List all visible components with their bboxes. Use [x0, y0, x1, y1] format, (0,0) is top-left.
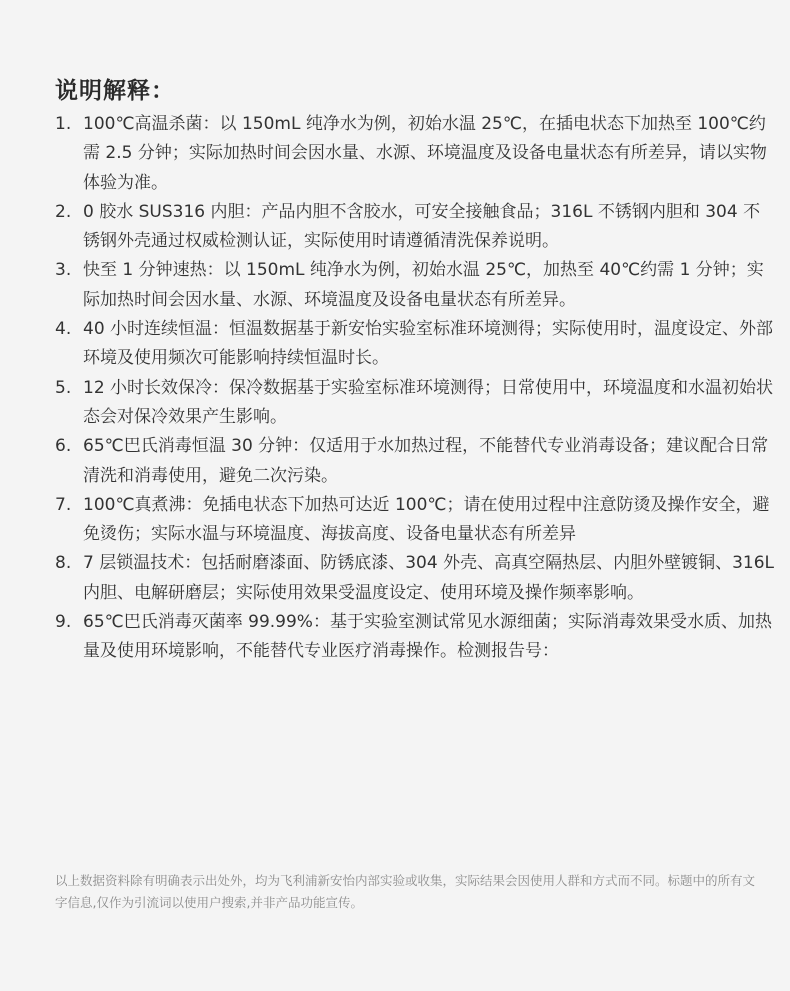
item-text: 40 小时连续恒温：恒温数据基于新安怡实验室标准环境测得；实际使用时，温度设定、…: [83, 319, 773, 368]
list-item: 8.7 层锁温技术：包括耐磨漆面、防锈底漆、304 外壳、高真空隔热层、内胆外壁…: [55, 549, 775, 608]
item-text: 65℃巴氏消毒灭菌率 99.99%：基于实验室测试常见水源细菌；实际消毒效果受水…: [83, 612, 772, 661]
footnote: 以上数据资料除有明确表示出处外，均为飞利浦新安怡内部实验或收集，实际结果会因使用…: [55, 870, 755, 914]
item-text: 100℃真煮沸：免插电状态下加热可达近 100℃；请在使用过程中注意防烫及操作安…: [83, 495, 769, 544]
item-number: 8.: [55, 549, 71, 578]
item-number: 3.: [55, 256, 71, 285]
item-number: 6.: [55, 432, 71, 461]
list-item: 3.快至 1 分钟速热：以 150mL 纯净水为例，初始水温 25℃，加热至 4…: [55, 256, 775, 315]
list-item: 9.65℃巴氏消毒灭菌率 99.99%：基于实验室测试常见水源细菌；实际消毒效果…: [55, 608, 775, 667]
list-item: 1.100℃高温杀菌：以 150mL 纯净水为例，初始水温 25℃，在插电状态下…: [55, 110, 775, 198]
item-number: 9.: [55, 608, 71, 637]
item-number: 4.: [55, 315, 71, 344]
item-text: 100℃高温杀菌：以 150mL 纯净水为例，初始水温 25℃，在插电状态下加热…: [83, 114, 767, 193]
item-text: 0 胶水 SUS316 内胆：产品内胆不含胶水，可安全接触食品；316L 不锈钢…: [83, 202, 760, 251]
item-text: 快至 1 分钟速热：以 150mL 纯净水为例，初始水温 25℃，加热至 40℃…: [83, 260, 764, 309]
explanation-list: 1.100℃高温杀菌：以 150mL 纯净水为例，初始水温 25℃，在插电状态下…: [55, 110, 775, 667]
item-number: 2.: [55, 198, 71, 227]
item-number: 5.: [55, 374, 71, 403]
list-item: 6.65℃巴氏消毒恒温 30 分钟：仅适用于水加热过程，不能替代专业消毒设备；建…: [55, 432, 775, 491]
item-number: 1.: [55, 110, 71, 139]
item-text: 12 小时长效保冷：保冷数据基于实验室标准环境测得；日常使用中，环境温度和水温初…: [83, 378, 773, 427]
list-item: 4.40 小时连续恒温：恒温数据基于新安怡实验室标准环境测得；实际使用时，温度设…: [55, 315, 775, 374]
list-item: 7.100℃真煮沸：免插电状态下加热可达近 100℃；请在使用过程中注意防烫及操…: [55, 491, 775, 550]
list-item: 2.0 胶水 SUS316 内胆：产品内胆不含胶水，可安全接触食品；316L 不…: [55, 198, 775, 257]
list-item: 5.12 小时长效保冷：保冷数据基于实验室标准环境测得；日常使用中，环境温度和水…: [55, 374, 775, 433]
item-text: 65℃巴氏消毒恒温 30 分钟：仅适用于水加热过程，不能替代专业消毒设备；建议配…: [83, 436, 768, 485]
section-title: 说明解释：: [55, 72, 175, 105]
item-number: 7.: [55, 491, 71, 520]
item-text: 7 层锁温技术：包括耐磨漆面、防锈底漆、304 外壳、高真空隔热层、内胆外壁镀铜…: [83, 553, 774, 602]
